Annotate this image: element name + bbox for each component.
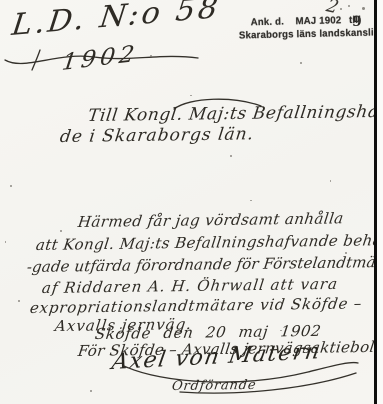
- scan-noise-speck: [348, 5, 350, 7]
- body-line-3: -gade utfärda förordnande för Försteland…: [26, 253, 383, 276]
- registry-diary-number: L.D. N:o 58: [10, 0, 223, 43]
- scan-noise-speck: [5, 241, 6, 243]
- scan-noise-speck: [10, 185, 12, 187]
- registry-year: 1902: [60, 41, 140, 76]
- scan-noise-speck: [190, 95, 192, 96]
- addressee-line1: Till Kongl. Maj:ts Befallningshafvan-: [87, 101, 383, 126]
- arrival-stamp-line2: Skaraborgs läns landskansli: [239, 26, 374, 42]
- body-line-5: expropriationslandtmätare vid Sköfde –: [29, 294, 363, 317]
- body-line-2: att Kongl. Maj:ts Befallningshafvande be…: [35, 231, 383, 254]
- scanned-letter-page: L.D. N:o 58 1902 2 9 Ank. d.MAJ 1902till…: [0, 0, 383, 404]
- addressee-line2: de i Skaraborgs län.: [59, 124, 256, 147]
- scan-noise-speck: [150, 55, 152, 57]
- arrival-stamp: Ank. d.MAJ 1902till Skaraborgs läns land…: [239, 13, 374, 42]
- scan-noise-speck: [362, 7, 365, 10]
- body-line-1: Härmed får jag vördsamt anhålla: [77, 209, 345, 231]
- scan-noise-speck: [60, 230, 62, 232]
- body-line-4: af Riddaren A. H. Öhrwall att vara: [41, 275, 339, 297]
- scan-noise-speck: [250, 200, 252, 201]
- scan-noise-speck: [18, 300, 20, 302]
- scan-noise-speck: [300, 62, 302, 64]
- scan-noise-speck: [330, 180, 331, 182]
- scan-edge-sliver: [377, 0, 383, 404]
- signer-title: Ordförande: [171, 378, 257, 394]
- stamp-prefix: Ank. d.: [251, 16, 285, 28]
- scan-noise-speck: [345, 252, 347, 254]
- stamp-date: MAJ 1902: [295, 15, 341, 27]
- scan-noise-speck: [340, 8, 342, 10]
- scan-noise-speck: [230, 155, 232, 157]
- scan-noise-speck: [90, 390, 92, 392]
- stamp-suffix: till: [349, 15, 361, 26]
- scan-noise-speck: [280, 330, 282, 331]
